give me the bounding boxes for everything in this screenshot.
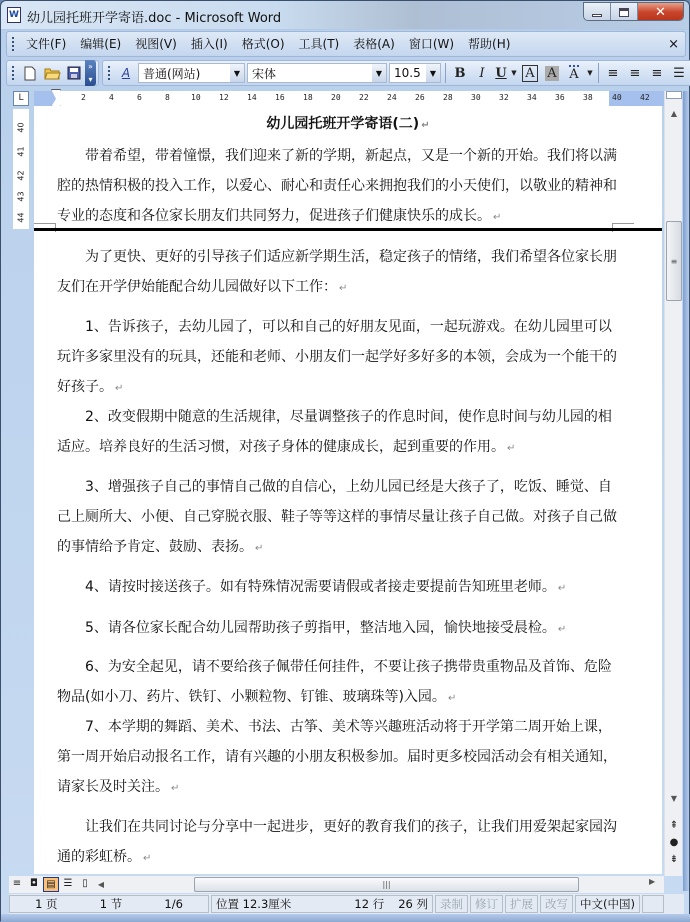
maximize-icon <box>619 8 629 17</box>
print-layout-view-icon[interactable]: ▤ <box>43 877 59 892</box>
text-line: 6、为安全起见，请不要给孩子佩带任何挂件，不要让孩子携带贵重物品及首饰、危险 <box>57 652 617 682</box>
text-line: 物品(如小刀、药片、铁钉、小颗粒物、钉锥、玻璃珠等)入园。 <box>57 689 446 705</box>
open-button[interactable] <box>41 62 63 84</box>
scroll-left-arrow-icon[interactable]: ◀ <box>94 880 108 889</box>
text-line: 玩许多家里没有的玩具，还能和老师、小朋友们一起学好多好多的本领，会成为一个能干的 <box>57 342 617 372</box>
save-button[interactable] <box>63 62 85 84</box>
new-document-button[interactable] <box>19 62 41 84</box>
text-line: 5、请各位家长配合幼儿园帮助孩子剪指甲，整洁地入园，愉快地接受晨检。 <box>57 620 556 636</box>
align-justify-icon: ≡ <box>608 66 619 81</box>
normal-view-icon[interactable]: ≡ <box>9 877 25 892</box>
outline-view-icon[interactable]: ☰ <box>60 877 76 892</box>
italic-icon: I <box>479 66 484 81</box>
extend-selection-indicator[interactable]: 扩展 <box>505 895 538 913</box>
window-controls: ✕ <box>583 2 684 21</box>
ruler-tick: 20 <box>331 93 341 102</box>
font-select[interactable]: 宋体 ▼ <box>247 63 387 83</box>
character-scale-button[interactable]: A <box>563 62 585 84</box>
underline-dropdown[interactable]: ▼ <box>509 62 519 84</box>
text-line: 为了更快、更好的引导孩子们适应新学期生活，稳定孩子的情绪，我们希望各位家长朋 <box>57 242 617 272</box>
style-select[interactable]: 普通(网站) ▼ <box>138 63 245 83</box>
paragraph-item-6: 6、为安全起见，请不要给孩子佩带任何挂件，不要让孩子携带贵重物品及首饰、危险 物… <box>57 652 617 714</box>
paragraph-item-2: 2、改变假期中随意的生活规律，尽量调整孩子的作息时间，使作息时间与幼儿园的相 适… <box>57 402 617 464</box>
character-shading-icon: A <box>545 66 558 81</box>
text-line: 带着希望，带着憧憬，我们迎来了新的学期，新起点，又是一个新的开始。我们将以满 <box>57 141 617 171</box>
text-line: 好孩子。 <box>57 379 113 395</box>
ruler-tick: 36 <box>555 93 565 102</box>
underline-button[interactable]: U <box>493 62 509 84</box>
ruler-tick: 44 <box>17 212 26 224</box>
distributed-align-button[interactable]: ☰ <box>668 62 690 84</box>
vertical-scrollbar[interactable]: ▲ ≡ ▼ ⇞ ● ⇟ <box>664 91 682 876</box>
window-frame-edge <box>683 91 689 891</box>
menu-view[interactable]: 视图(V) <box>128 33 184 55</box>
ruler-tick: 40 <box>17 122 26 134</box>
menu-format[interactable]: 格式(O) <box>235 33 292 55</box>
chevron-down-icon: ▼ <box>511 69 516 77</box>
ruler-tick: 2 <box>81 93 86 102</box>
page-break-line <box>34 228 662 231</box>
menu-edit[interactable]: 编辑(E) <box>73 33 128 55</box>
paragraph-mark-icon: ↵ <box>421 120 429 131</box>
maximize-button[interactable] <box>611 3 638 21</box>
font-value: 宋体 <box>248 65 372 82</box>
text-line: 请家长及时关注。 <box>57 779 169 795</box>
ruler-tick: 24 <box>387 93 397 102</box>
standard-toolbar: »▾ <box>6 60 99 86</box>
ruler-tick: 34 <box>527 93 537 102</box>
paragraph-mark-icon: ↵ <box>143 853 151 864</box>
ruler-tick: 28 <box>443 93 453 102</box>
text-line: 7、本学期的舞蹈、美术、书法、古筝、美术等兴趣班活动将于开学第二周开始上课， <box>57 712 617 742</box>
ruler-tick: 6 <box>137 93 142 102</box>
toolbar-options-button[interactable]: »▾ <box>85 60 96 86</box>
ruler-tick: 43 <box>17 191 26 203</box>
text-line: 专业的态度和各位家长朋友们共同努力，促进孩子们健康快乐的成长。 <box>57 208 491 224</box>
vertical-scroll-thumb[interactable]: ≡ <box>666 221 682 301</box>
overtype-indicator[interactable]: 改写 <box>540 895 573 913</box>
text-line: 友们在开学伊始能配合幼儿园做好以下工作： <box>57 279 337 295</box>
grip-handle-icon[interactable] <box>107 65 111 81</box>
menu-tools[interactable]: 工具(T) <box>292 33 347 55</box>
paragraph-mark-icon: ↵ <box>339 283 347 294</box>
text-line: 通的彩虹桥。 <box>57 849 141 865</box>
paragraph-mark-icon: ↵ <box>255 543 263 554</box>
previous-page-icon[interactable]: ⇞ <box>665 818 683 834</box>
text-line: 2、改变假期中随意的生活规律，尽量调整孩子的作息时间，使作息时间与幼儿园的相 <box>57 402 617 432</box>
menu-file[interactable]: 文件(F) <box>19 33 73 55</box>
status-bar: 1 页 1 节 1/6 位置 12.3厘米 12 行 26 列 录制 修订 扩展… <box>9 894 684 914</box>
align-center-button[interactable]: ≡ <box>624 62 646 84</box>
status-column: 26 列 <box>398 896 428 912</box>
style-value: 普通(网站) <box>139 65 230 82</box>
ruler-tick: 30 <box>471 93 481 102</box>
toolbar: »▾ A 普通(网站) ▼ 宋体 ▼ 10.5 ▼ B I U ▼ A A <box>6 59 686 87</box>
close-button[interactable]: ✕ <box>638 3 683 21</box>
separator <box>445 63 446 83</box>
heading-text: 幼儿园托班开学寄语(二) <box>266 116 419 132</box>
paragraph-item-7: 7、本学期的舞蹈、美术、书法、古筝、美术等兴趣班活动将于开学第二周开始上课， 第… <box>57 712 617 804</box>
paragraph-intro: 带着希望，带着憧憬，我们迎来了新的学期，新起点，又是一个新的开始。我们将以满 腔… <box>57 141 617 233</box>
horizontal-ruler[interactable]: 2 4 6 8 10 12 14 16 18 20 22 24 26 28 30… <box>34 91 666 106</box>
text-line: 1、告诉孩子，去幼儿园了，可以和自己的好朋友见面，一起玩游戏。在幼儿园里可以 <box>57 312 617 342</box>
text-line: 腔的热情积极的投入工作，以爱心、耐心和责任心来拥抱我们的小天使们，以敬业的精神和 <box>57 171 617 201</box>
horizontal-scroll-thumb[interactable]: ||| <box>194 877 579 892</box>
text-line: 让我们在共同讨论与分享中一起进步，更好的教育我们的孩子，让我们用爱架起家园沟 <box>57 812 617 842</box>
vertical-ruler[interactable]: 40 41 42 43 44 <box>13 109 29 229</box>
chevron-down-icon[interactable]: ▼ <box>426 64 440 82</box>
menu-window[interactable]: 窗口(W) <box>402 33 461 55</box>
language-indicator[interactable]: 中文(中国) <box>575 895 640 913</box>
character-scale-icon: A <box>569 65 578 82</box>
page-info[interactable]: 1 页 1 节 1/6 <box>9 895 209 913</box>
separator <box>598 63 599 83</box>
position-info[interactable]: 位置 12.3厘米 12 行 26 列 <box>211 895 433 913</box>
menu-help[interactable]: 帮助(H) <box>461 33 517 55</box>
paragraph-mark-icon: ↵ <box>171 783 179 794</box>
status-section: 1 节 <box>100 896 122 912</box>
reading-layout-view-icon[interactable]: ▯ <box>77 877 93 892</box>
character-shading-button[interactable]: A <box>541 62 563 84</box>
chevron-down-icon[interactable]: ▼ <box>230 64 244 82</box>
left-margin-area <box>34 91 56 106</box>
paragraph-mark-icon: ↵ <box>507 443 515 454</box>
split-box[interactable] <box>666 91 682 99</box>
text-line: 第一周开始启动报名工作，请有兴趣的小朋友积极参加。届时更多校园活动会有相关通知， <box>57 742 617 772</box>
scroll-up-arrow-icon[interactable]: ▲ <box>665 106 683 122</box>
ruler-tick: 38 <box>583 93 593 102</box>
align-right-button[interactable]: ≡ <box>646 62 668 84</box>
text-line: 己上厕所大、小便、自己穿脱衣服、鞋子等等这样的事情尽量让孩子自己做。对孩子自己做 <box>57 502 617 532</box>
close-document-button[interactable]: × <box>668 37 679 52</box>
paragraph-preface: 为了更快、更好的引导孩子们适应新学期生活，稳定孩子的情绪，我们希望各位家长朋 友… <box>57 242 617 304</box>
status-page: 1 页 <box>35 896 57 912</box>
styles-button[interactable]: A <box>115 62 137 84</box>
paragraph-item-3: 3、增强孩子自己的事情自己做的自信心，上幼儿园已经是大孩子了，吃饭、睡觉、自 己… <box>57 472 617 564</box>
paragraph-mark-icon: ↵ <box>558 624 566 635</box>
window-bottom-frame <box>1 914 690 921</box>
grip-handle-icon[interactable] <box>11 36 15 52</box>
text-line: 适应。培养良好的生活习惯，对孩子身体的健康成长，起到重要的作用。 <box>57 439 505 455</box>
document-heading: 幼儿园托班开学寄语(二)↵ <box>34 113 662 133</box>
styles-icon: A <box>122 66 130 80</box>
ruler-tick: 10 <box>191 93 201 102</box>
align-right-icon: ≡ <box>652 66 663 81</box>
font-size-select[interactable]: 10.5 ▼ <box>389 63 441 83</box>
chevron-down-icon: ▼ <box>587 69 592 77</box>
bold-icon: B <box>455 66 466 81</box>
next-page-icon[interactable]: ⇟ <box>665 852 683 868</box>
align-center-icon: ≡ <box>630 66 641 81</box>
status-line: 12 行 <box>354 896 384 912</box>
justify-button[interactable]: ≡ <box>602 62 624 84</box>
spelling-status[interactable] <box>642 895 664 913</box>
ruler-tick: 42 <box>640 93 650 102</box>
paragraph-closing: 让我们在共同讨论与分享中一起进步，更好的教育我们的孩子，让我们用爱架起家园沟 通… <box>57 812 617 874</box>
paragraph-item-1: 1、告诉孩子，去幼儿园了，可以和自己的好朋友见面，一起玩游戏。在幼儿园里可以 玩… <box>57 312 617 404</box>
menu-bar: 文件(F) 编辑(E) 视图(V) 插入(I) 格式(O) 工具(T) 表格(A… <box>6 31 686 57</box>
track-changes-indicator[interactable]: 修订 <box>470 895 503 913</box>
align-distributed-icon: ☰ <box>673 66 685 81</box>
new-document-icon <box>24 66 36 81</box>
paragraph-item-5: 5、请各位家长配合幼儿园帮助孩子剪指甲，整洁地入园，愉快地接受晨检。↵ <box>57 613 617 645</box>
ruler-tick: 8 <box>165 93 170 102</box>
ruler-tick: 14 <box>247 93 257 102</box>
grip-lines-icon: ≡ <box>671 257 678 266</box>
ruler-tick: 4 <box>109 93 114 102</box>
save-disk-icon <box>67 66 81 80</box>
minimize-icon <box>592 14 602 17</box>
chevron-down-icon[interactable]: ▼ <box>372 64 386 82</box>
ruler-tick: 32 <box>499 93 509 102</box>
menu-insert[interactable]: 插入(I) <box>184 33 235 55</box>
ruler-tick: 41 <box>17 146 26 158</box>
ruler-tick: 40 <box>612 93 622 102</box>
record-macro-indicator[interactable]: 录制 <box>435 895 468 913</box>
close-icon: ✕ <box>655 5 666 20</box>
status-page-of: 1/6 <box>164 897 183 911</box>
paragraph-mark-icon: ↵ <box>448 693 456 704</box>
character-border-button[interactable]: A <box>519 62 541 84</box>
tab-selector[interactable]: L <box>13 91 29 106</box>
text-line: 4、请按时接送孩子。如有特殊情况需要请假或者接走要提前告知班里老师。 <box>57 579 556 595</box>
ruler-tick: 12 <box>219 93 229 102</box>
character-scale-dropdown[interactable]: ▼ <box>585 62 595 84</box>
menu-table[interactable]: 表格(A) <box>346 33 402 55</box>
ruler-tick: 18 <box>303 93 313 102</box>
scroll-right-arrow-icon[interactable]: ▶ <box>649 877 655 886</box>
minimize-button[interactable] <box>584 3 611 21</box>
ruler-tick: 16 <box>275 93 285 102</box>
formatting-toolbar: A 普通(网站) ▼ 宋体 ▼ 10.5 ▼ B I U ▼ A A A ▼ ≡ <box>102 60 690 86</box>
text-line: 的事情给予肯定、鼓励、表扬。 <box>57 539 253 555</box>
web-layout-view-icon[interactable]: ◘ <box>26 877 42 892</box>
paragraph-mark-icon: ↵ <box>558 583 566 594</box>
paragraph-mark-icon: ↵ <box>493 212 501 223</box>
italic-button[interactable]: I <box>471 62 493 84</box>
grip-handle-icon[interactable] <box>11 65 15 81</box>
ruler-tick: 26 <box>415 93 425 102</box>
ruler-tick: 22 <box>359 93 369 102</box>
document-canvas[interactable]: 幼儿园托班开学寄语(二)↵ 带着希望，带着憧憬，我们迎来了新的学期，新起点，又是… <box>34 106 662 874</box>
view-and-hscroll-bar: ≡ ◘ ▤ ☰ ▯ ◀ ||| ▶ <box>9 876 664 893</box>
title-bar: W 幼儿园托班开学寄语.doc - Microsoft Word ✕ <box>1 1 689 29</box>
character-border-icon: A <box>522 65 537 82</box>
select-browse-object-icon[interactable]: ● <box>665 835 683 851</box>
word-window: W 幼儿园托班开学寄语.doc - Microsoft Word ✕ 文件(F)… <box>0 0 690 921</box>
status-position: 位置 12.3厘米 <box>216 896 291 912</box>
bold-button[interactable]: B <box>449 62 471 84</box>
underline-icon: U <box>495 66 506 81</box>
ruler-tick: 42 <box>17 170 26 182</box>
text-line: 3、增强孩子自己的事情自己做的自信心，上幼儿园已经是大孩子了，吃饭、睡觉、自 <box>57 472 617 502</box>
window-title: 幼儿园托班开学寄语.doc - Microsoft Word <box>27 7 281 26</box>
word-app-icon[interactable]: W <box>7 7 21 23</box>
open-folder-icon <box>44 66 61 80</box>
paragraph-item-4: 4、请按时接送孩子。如有特殊情况需要请假或者接走要提前告知班里老师。↵ <box>57 572 617 604</box>
font-size-value: 10.5 <box>390 66 426 80</box>
paragraph-mark-icon: ↵ <box>115 383 123 394</box>
scroll-down-arrow-icon[interactable]: ▼ <box>665 791 683 807</box>
